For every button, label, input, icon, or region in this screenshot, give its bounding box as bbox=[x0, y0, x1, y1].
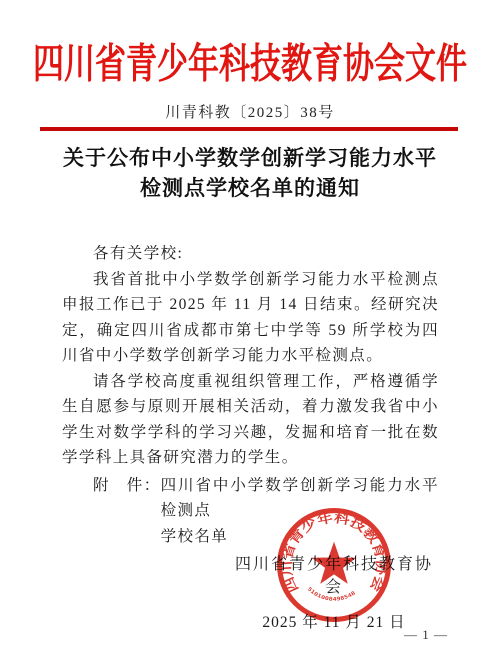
seal-code: 5101008498548 bbox=[306, 586, 357, 602]
document-page: 四川省青少年科技教育协会文件 川青科教〔2025〕38号 关于公布中小学数学创新… bbox=[0, 0, 500, 658]
document-number: 川青科教〔2025〕38号 bbox=[0, 101, 500, 122]
notice-title-line2: 检测点学校名单的通知 bbox=[0, 173, 500, 203]
document-header-title: 四川省青少年科技教育协会文件 bbox=[0, 30, 500, 89]
document-body: 各有关学校: 我省首批中小学数学创新学习能力水平检测点申报工作已于 2025 年… bbox=[62, 241, 439, 549]
attachment-label: 附 件： bbox=[93, 473, 161, 550]
page-number: — 1 — bbox=[404, 627, 448, 643]
notice-title: 关于公布中小学数学创新学习能力水平 检测点学校名单的通知 bbox=[0, 143, 500, 203]
official-seal: 四川省青少年科技教育协会 5101008498548 bbox=[276, 507, 392, 623]
paragraph-2: 请各学校高度重视组织管理工作，严格遵循学生自愿参与原则开展相关活动，着力激发我省… bbox=[62, 369, 439, 471]
paragraph-1: 我省首批中小学数学创新学习能力水平检测点申报工作已于 2025 年 11 月 1… bbox=[62, 267, 439, 369]
attachment-line2: 学校名单 bbox=[161, 528, 229, 545]
notice-title-line1: 关于公布中小学数学创新学习能力水平 bbox=[0, 143, 500, 173]
seal-star-icon bbox=[312, 542, 357, 584]
salutation: 各有关学校: bbox=[62, 241, 439, 267]
red-separator-line bbox=[40, 127, 458, 131]
